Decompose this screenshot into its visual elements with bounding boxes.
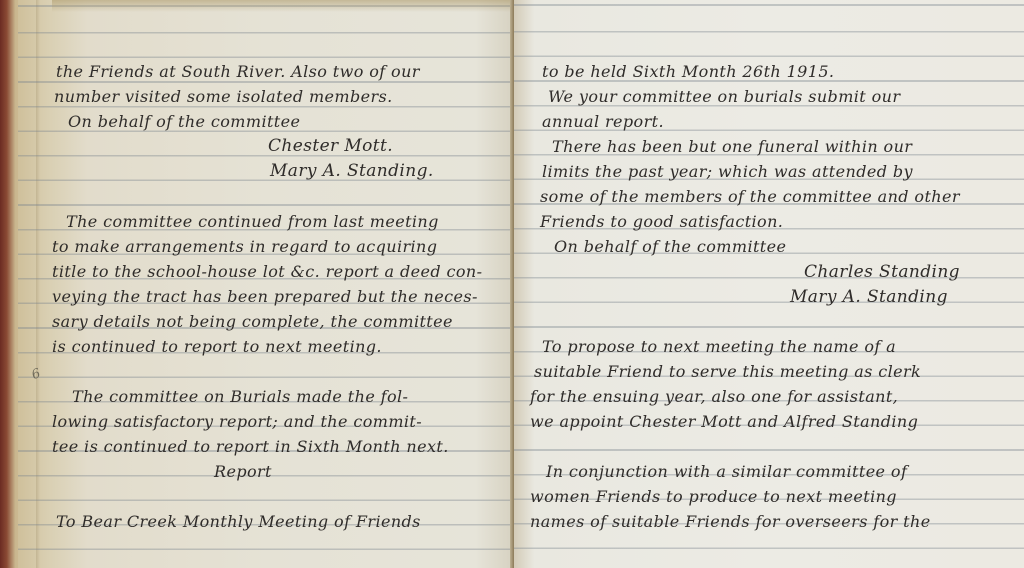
handwritten-line: Friends to good satisfaction. bbox=[540, 212, 783, 231]
ruled-lines bbox=[18, 0, 515, 568]
handwritten-line: the Friends at South River. Also two of … bbox=[56, 62, 420, 81]
handwritten-line: is continued to report to next meeting. bbox=[52, 337, 382, 356]
handwritten-line: to be held Sixth Month 26th 1915. bbox=[542, 62, 834, 81]
handwritten-line: lowing satisfactory report; and the comm… bbox=[52, 412, 422, 431]
handwritten-line: veying the tract has been prepared but t… bbox=[52, 287, 478, 306]
handwritten-line: some of the members of the committee and… bbox=[540, 187, 960, 206]
handwritten-line: number visited some isolated members. bbox=[54, 87, 393, 106]
handwritten-line: names of suitable Friends for overseers … bbox=[530, 512, 931, 531]
handwritten-line: sary details not being complete, the com… bbox=[52, 312, 453, 331]
handwritten-line: women Friends to produce to next meeting bbox=[530, 487, 897, 506]
right-page: to be held Sixth Month 26th 1915. We you… bbox=[514, 0, 1024, 568]
signature-mary-a-standing: Mary A. Standing bbox=[790, 287, 948, 307]
handwritten-line: for the ensuing year, also one for assis… bbox=[530, 387, 898, 406]
handwritten-line: The committee continued from last meetin… bbox=[66, 212, 439, 231]
handwritten-line: annual report. bbox=[542, 112, 664, 131]
handwritten-line: to make arrangements in regard to acquir… bbox=[52, 237, 437, 256]
handwritten-line: we appoint Chester Mott and Alfred Stand… bbox=[530, 412, 918, 431]
report-heading: Report bbox=[214, 462, 272, 481]
ruled-lines bbox=[514, 0, 1024, 568]
handwritten-line: On behalf of the committee bbox=[68, 112, 300, 131]
page-top-shading bbox=[52, 0, 516, 12]
handwritten-line: limits the past year; which was attended… bbox=[542, 162, 913, 181]
handwritten-line: To Bear Creek Monthly Meeting of Friends bbox=[56, 512, 421, 531]
handwritten-line: tee is continued to report in Sixth Mont… bbox=[52, 437, 449, 456]
handwritten-line: To propose to next meeting the name of a bbox=[542, 337, 896, 356]
handwritten-line: suitable Friend to serve this meeting as… bbox=[534, 362, 921, 381]
handwritten-line: title to the school-house lot &c. report… bbox=[52, 262, 482, 281]
handwritten-line: The committee on Burials made the fol- bbox=[72, 387, 408, 406]
signature-mary-a-standing: Mary A. Standing. bbox=[270, 161, 434, 181]
handwritten-line: We your committee on burials submit our bbox=[548, 87, 900, 106]
handwritten-line: In conjunction with a similar committee … bbox=[546, 462, 907, 481]
handwritten-line: There has been but one funeral within ou… bbox=[552, 137, 912, 156]
left-page: 6 the Friends at South River. Also two o… bbox=[18, 0, 516, 568]
handwritten-line: On behalf of the committee bbox=[554, 237, 786, 256]
signature-charles-standing: Charles Standing bbox=[804, 262, 960, 282]
signature-chester-mott: Chester Mott. bbox=[268, 136, 393, 156]
